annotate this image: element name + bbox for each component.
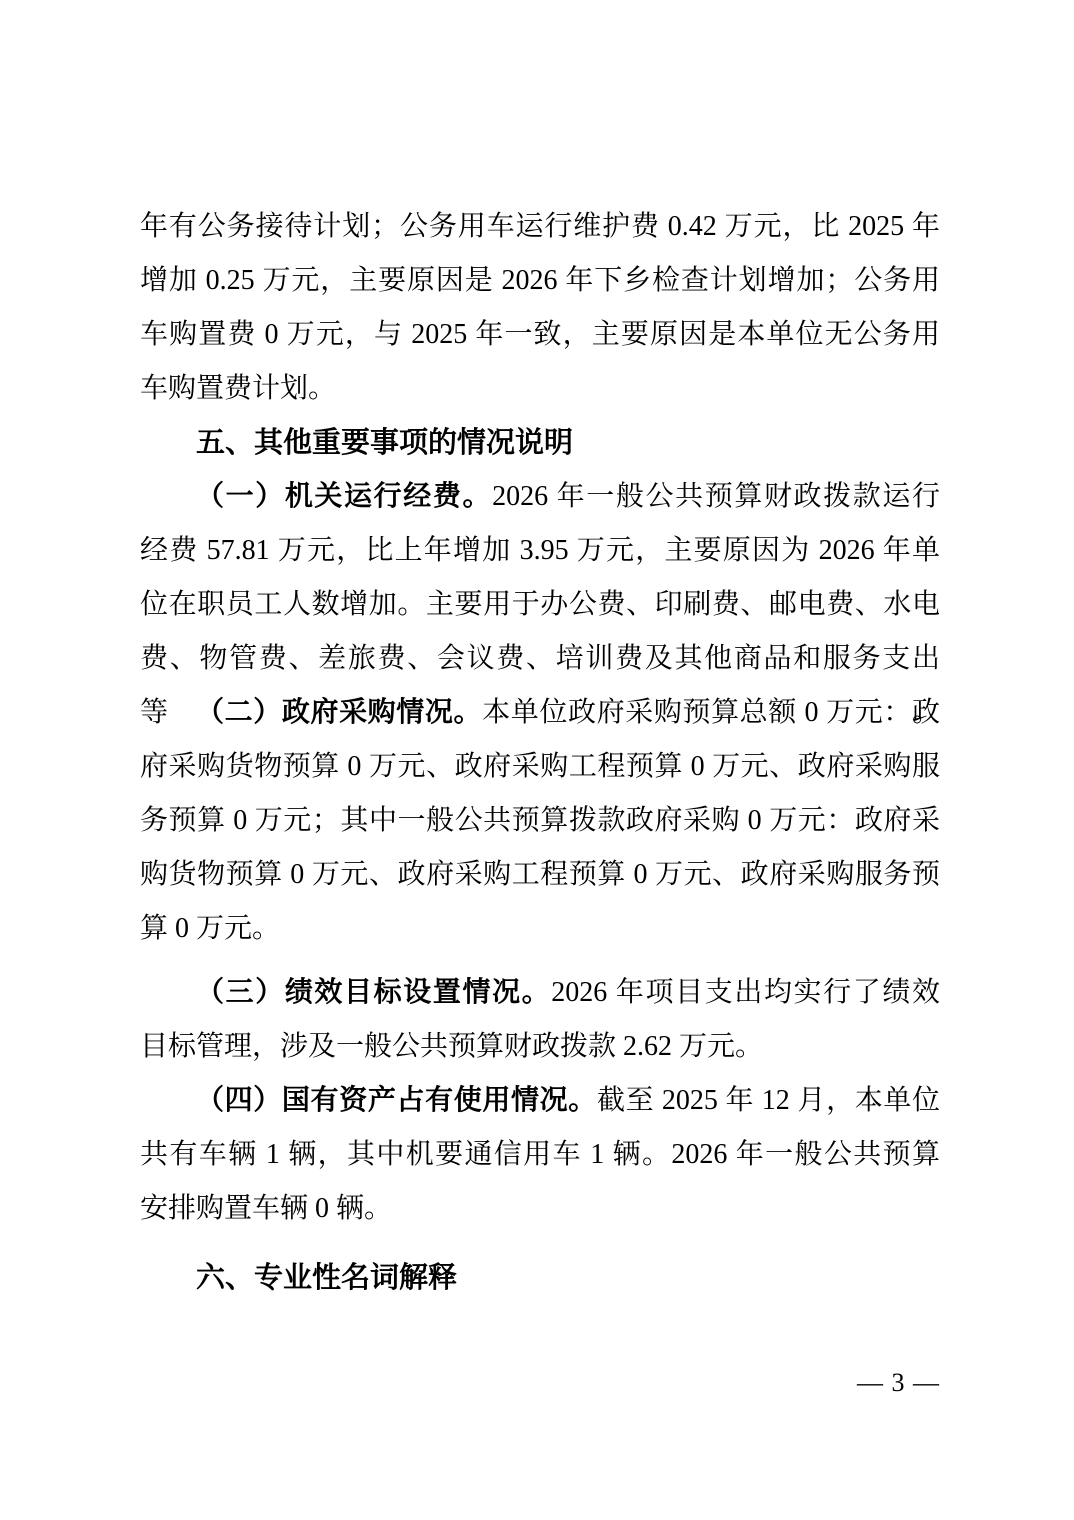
- section-heading-6: 六、专业性名词解释: [140, 1251, 940, 1305]
- item-3-lead: （三）绩效目标设置情况。: [196, 977, 551, 1008]
- item-1-text: 2026 年一般公共预算财政拨款运行: [492, 481, 940, 512]
- page-number: — 3 —: [857, 1365, 940, 1401]
- body-line: 务预算 0 万元；其中一般公共预算拨款政府采购 0 万元：政府采: [140, 794, 940, 848]
- item-2-lead: （二）政府采购情况。: [196, 697, 482, 728]
- body-line: 共有车辆 1 辆，其中机要通信用车 1 辆。2026 年一般公共预算: [140, 1128, 940, 1182]
- body-line: 车购置费计划。: [140, 362, 940, 416]
- document-body: 年有公务接待计划；公务用车运行维护费 0.42 万元，比 2025 年 增加 0…: [140, 200, 940, 1305]
- item-3-first-line: （三）绩效目标设置情况。2026 年项目支出均实行了绩效: [140, 966, 940, 1020]
- body-line: 位在职员工人数增加。主要用于办公费、印刷费、邮电费、水电: [140, 578, 940, 632]
- item-3-text: 2026 年项目支出均实行了绩效: [551, 977, 940, 1008]
- section-heading-5: 五、其他重要事项的情况说明: [140, 416, 940, 470]
- body-line: 车购置费 0 万元，与 2025 年一致，主要原因是本单位无公务用: [140, 308, 940, 362]
- body-line: 目标管理，涉及一般公共预算财政拨款 2.62 万元。: [140, 1020, 940, 1074]
- body-line: 购货物预算 0 万元、政府采购工程预算 0 万元、政府采购服务预: [140, 848, 940, 902]
- body-line: 安排购置车辆 0 辆。: [140, 1182, 940, 1236]
- body-line: 年有公务接待计划；公务用车运行维护费 0.42 万元，比 2025 年: [140, 200, 940, 254]
- document-page: 年有公务接待计划；公务用车运行维护费 0.42 万元，比 2025 年 增加 0…: [0, 0, 1074, 1520]
- item-1-first-line: （一）机关运行经费。2026 年一般公共预算财政拨款运行: [140, 470, 940, 524]
- body-line: 经费 57.81 万元，比上年增加 3.95 万元，主要原因为 2026 年单: [140, 524, 940, 578]
- body-line: 府采购货物预算 0 万元、政府采购工程预算 0 万元、政府采购服: [140, 740, 940, 794]
- item-2-first-line: （二）政府采购情况。本单位政府采购预算总额 0 万元：政: [140, 686, 940, 740]
- body-line: 增加 0.25 万元，主要原因是 2026 年下乡检查计划增加；公务用: [140, 254, 940, 308]
- item-4-first-line: （四）国有资产占有使用情况。截至 2025 年 12 月，本单位: [140, 1074, 940, 1128]
- item-4-text: 截至 2025 年 12 月，本单位: [597, 1085, 940, 1116]
- body-line: 算 0 万元。: [140, 902, 940, 956]
- item-1-lead: （一）机关运行经费。: [196, 481, 492, 512]
- body-line: 费、物管费、差旅费、会议费、培训费及其他商品和服务支出等。: [140, 632, 940, 686]
- item-4-lead: （四）国有资产占有使用情况。: [196, 1085, 597, 1116]
- item-2-text: 本单位政府采购预算总额 0 万元：政: [482, 697, 940, 728]
